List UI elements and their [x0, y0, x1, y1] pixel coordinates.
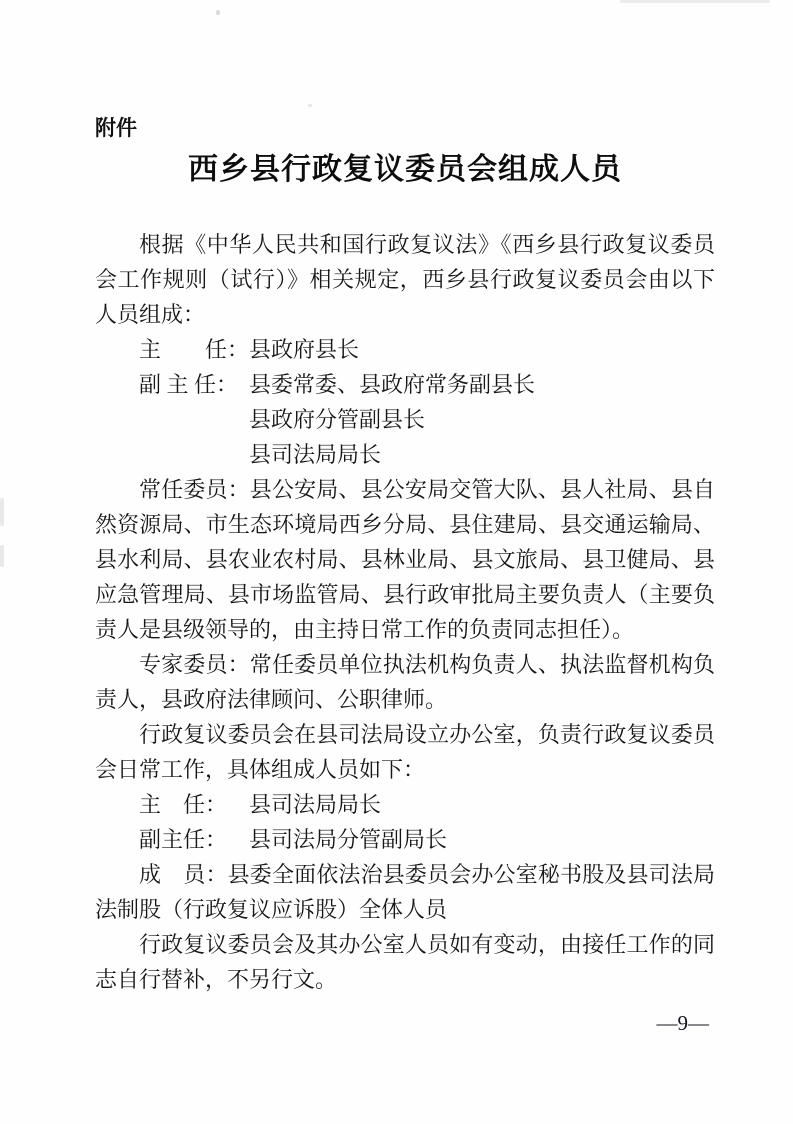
roster-row-office-vice-chairman: 副主任： 县司法局分管副局长 [139, 822, 715, 857]
scan-artifact [0, 545, 4, 567]
chairman-value: 县政府县长 [249, 332, 359, 367]
scan-artifact [620, 0, 770, 3]
document-page: 附件 西乡县行政复议委员会组成人员 根据《中华人民共和国行政复议法》《西乡县行政… [0, 0, 793, 1124]
office-chairman-value: 县司法局局长 [249, 787, 381, 822]
office-vice-chairman-value: 县司法局分管副局长 [249, 822, 447, 857]
office-chairman-label: 主 任： [139, 787, 249, 822]
roster-row-vice-chairman: 副 主 任： 县委常委、县政府常务副县长 县政府分管副县长 县司法局局长 [139, 367, 715, 472]
scan-artifact [216, 10, 220, 15]
chairman-lines: 县政府县长 [249, 332, 359, 367]
vice-chairman-lines: 县委常委、县政府常务副县长 县政府分管副县长 县司法局局长 [249, 367, 535, 472]
vice-chairman-value: 县委常委、县政府常务副县长 [249, 367, 535, 402]
closing-paragraph: 行政复议委员会及其办公室人员如有变动，由接任工作的同志自行替补，不另行文。 [95, 927, 715, 997]
standing-members-paragraph: 常任委员：县公安局、县公安局交管大队、县人社局、县自然资源局、市生态环境局西乡分… [95, 472, 715, 647]
office-roster: 主 任： 县司法局局长 副主任： 县司法局分管副局长 [95, 787, 715, 857]
committee-roster: 主 任： 县政府县长 副 主 任： 县委常委、县政府常务副县长 县政府分管副县长… [95, 332, 715, 472]
office-paragraph: 行政复议委员会在县司法局设立办公室，负责行政复议委员会日常工作，具体组成人员如下… [95, 717, 715, 787]
intro-paragraph: 根据《中华人民共和国行政复议法》《西乡县行政复议委员会工作规则（试行）》相关规定… [95, 227, 715, 332]
attachment-label: 附件 [95, 116, 715, 142]
scan-artifact [0, 498, 4, 526]
expert-members-paragraph: 专家委员：常任委员单位执法机构负责人、执法监督机构负责人，县政府法律顾问、公职律… [95, 647, 715, 717]
vice-chairman-label: 副 主 任： [139, 367, 249, 402]
document-title: 西乡县行政复议委员会组成人员 [95, 149, 715, 191]
vice-chairman-value: 县政府分管副县长 [249, 402, 535, 437]
vice-chairman-value: 县司法局局长 [249, 437, 535, 472]
chairman-label: 主 任： [139, 332, 249, 367]
scan-artifact [308, 104, 312, 107]
page-number: —9— [657, 1010, 710, 1036]
office-chairman-lines: 县司法局局长 [249, 787, 381, 822]
roster-row-office-chairman: 主 任： 县司法局局长 [139, 787, 715, 822]
document-content: 附件 西乡县行政复议委员会组成人员 根据《中华人民共和国行政复议法》《西乡县行政… [95, 116, 715, 997]
roster-row-chairman: 主 任： 县政府县长 [139, 332, 715, 367]
office-vice-chairman-lines: 县司法局分管副局长 [249, 822, 447, 857]
members-paragraph: 成 员：县委全面依法治县委员会办公室秘书股及县司法局法制股（行政复议应诉股）全体… [95, 857, 715, 927]
office-vice-chairman-label: 副主任： [139, 822, 249, 857]
document-body: 根据《中华人民共和国行政复议法》《西乡县行政复议委员会工作规则（试行）》相关规定… [95, 227, 715, 997]
